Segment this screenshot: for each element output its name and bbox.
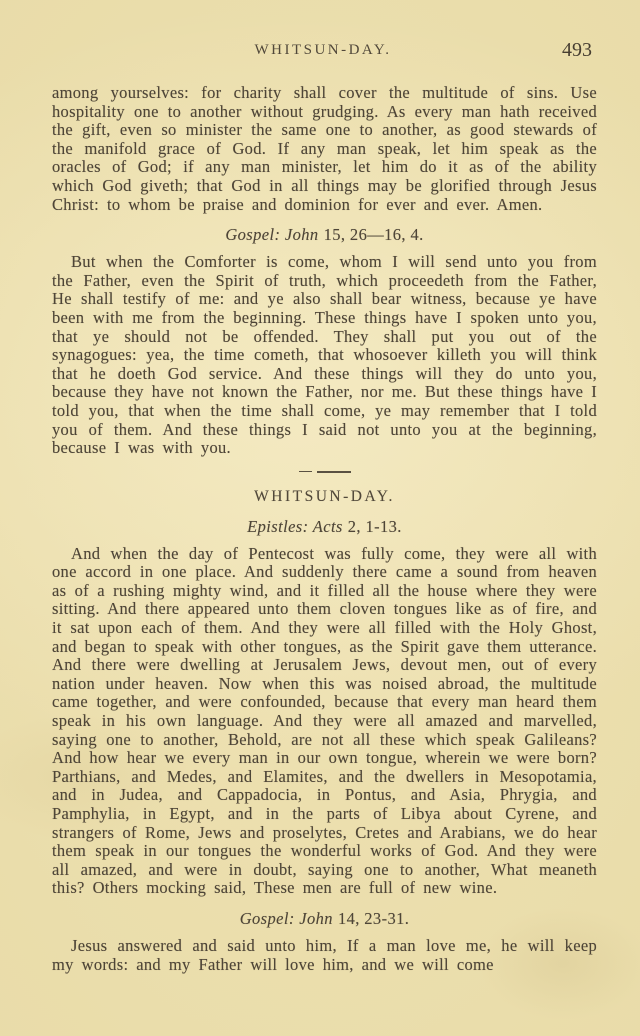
epistles-heading-acts2-label: Epistles: Acts [247, 517, 343, 536]
book-page: WHITSUN-DAY. 493 among yourselves: for c… [0, 0, 640, 1036]
section-title-whitsun-day: WHITSUN-DAY. [52, 488, 597, 506]
gospel-heading-john14-label: Gospel: John [240, 909, 333, 928]
gospel-john15-paragraph: But when the Comforter is come, whom I w… [52, 253, 597, 458]
gospel-john14-paragraph: Jesus answered and said unto him, If a m… [52, 937, 597, 974]
epistle-acts2-paragraph: And when the day of Pentecost was fully … [52, 545, 597, 898]
page-number: 493 [562, 39, 592, 62]
gospel-heading-john14-ref: 14, 23-31. [338, 909, 409, 928]
epistles-heading-acts2-ref: 2, 1-13. [348, 517, 402, 536]
running-header: WHITSUN-DAY. 493 [52, 42, 594, 68]
gospel-heading-john15: Gospel: John15, 26—16, 4. [52, 225, 597, 245]
gospel-heading-john15-ref: 15, 26—16, 4. [324, 225, 424, 244]
running-header-title: WHITSUN-DAY. [52, 42, 594, 59]
epistles-heading-acts2: Epistles: Acts2, 1-13. [52, 517, 597, 537]
section-divider [295, 471, 355, 473]
gospel-heading-john15-label: Gospel: John [225, 225, 318, 244]
divider-dash-long [317, 471, 351, 473]
divider-dash-short [299, 471, 312, 473]
page-body: among yourselves: for charity shall cove… [52, 84, 597, 983]
gospel-heading-john14: Gospel: John14, 23-31. [52, 909, 597, 929]
epistle-continuation-paragraph: among yourselves: for charity shall cove… [52, 84, 597, 214]
